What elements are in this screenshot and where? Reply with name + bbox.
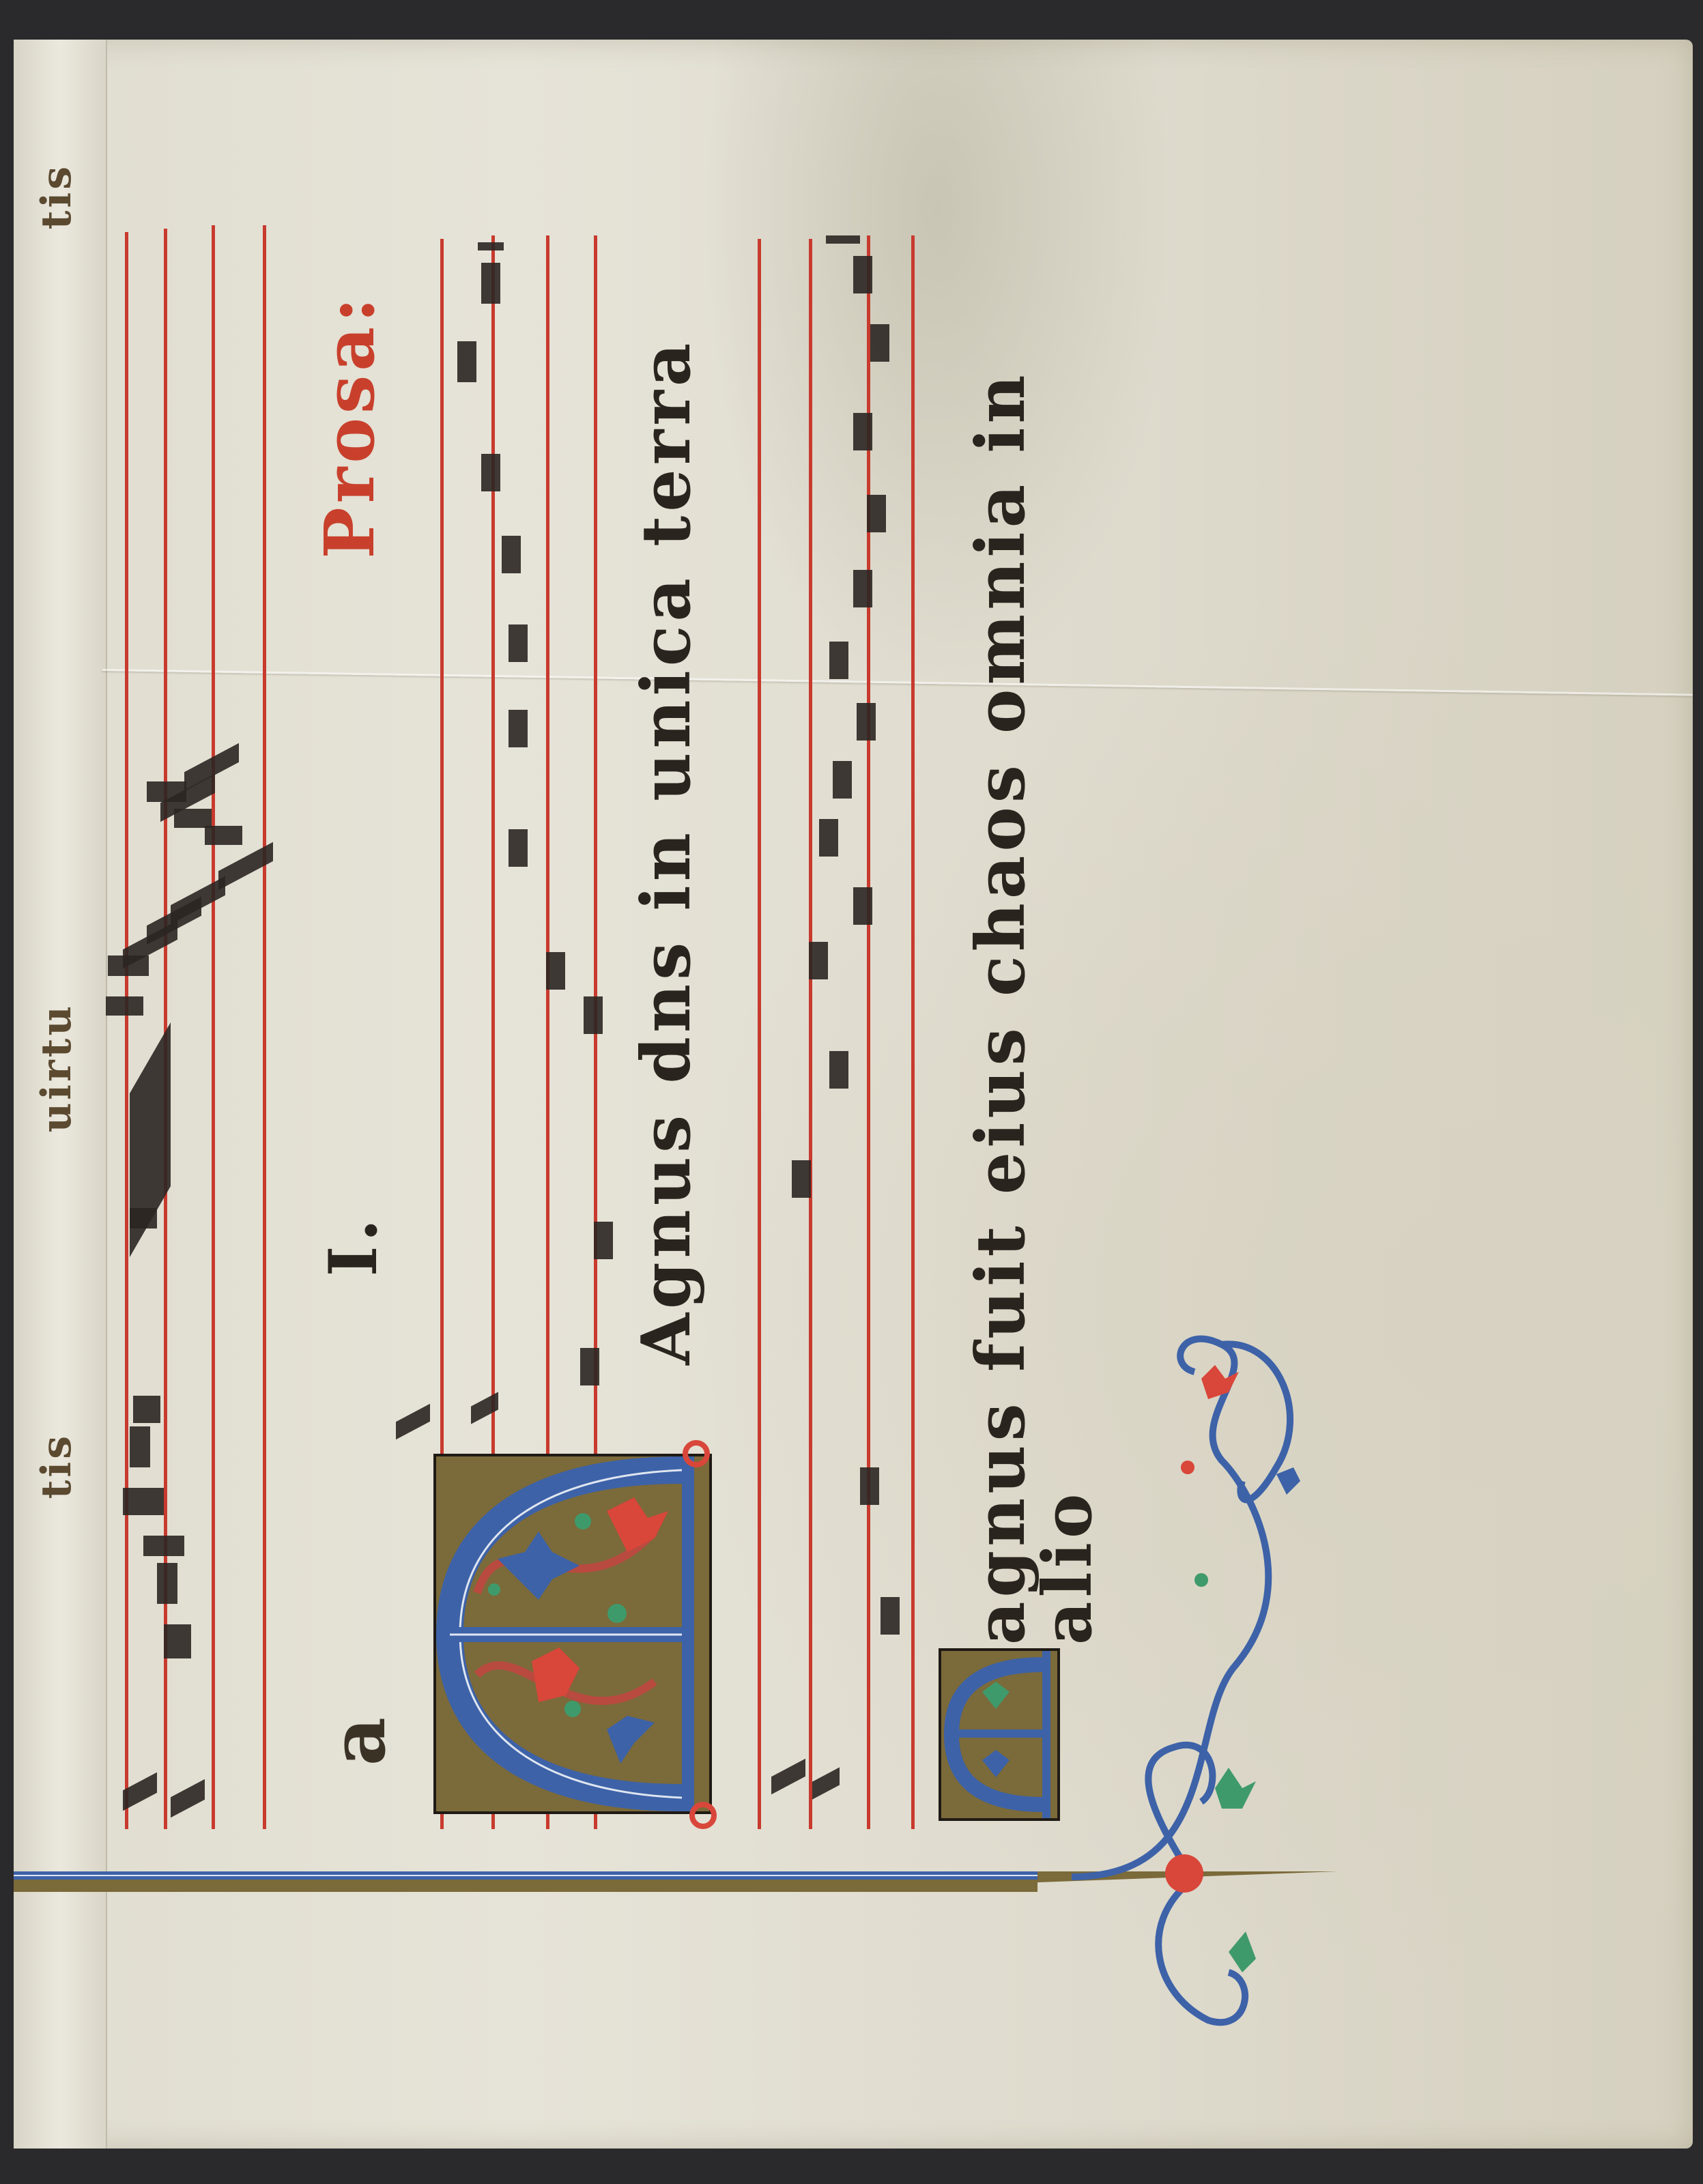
border-bar-highlight bbox=[14, 1875, 1037, 1876]
border-bar-gold bbox=[14, 1880, 1037, 1892]
text-line-1: Agnus dns in unica terra bbox=[633, 239, 700, 1365]
spine-label-bottom: tis bbox=[33, 1433, 81, 1499]
spine-label-top: tis bbox=[33, 164, 81, 229]
prosa-heading: Prosa: bbox=[315, 293, 384, 559]
border-flourish bbox=[1017, 1310, 1345, 2075]
verse-numeral: I. bbox=[321, 1215, 386, 1276]
initial-scroll-top bbox=[683, 1440, 710, 1467]
small-letter-a: a bbox=[321, 1713, 396, 1766]
spine-label-middle: uirtu bbox=[33, 1003, 81, 1132]
initial-scroll-bottom bbox=[689, 1802, 717, 1829]
illuminated-initial-large bbox=[433, 1454, 712, 1814]
initial-letter-icon bbox=[436, 1456, 709, 1811]
